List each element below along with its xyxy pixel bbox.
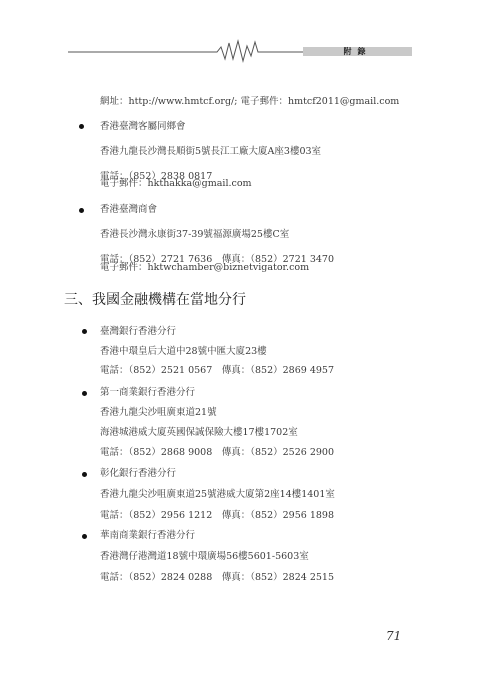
- bullet-icon: [79, 124, 84, 129]
- intro-website-email: 網址：http://www.hmtcf.org/; 電子郵件：hmtcf2011…: [100, 96, 399, 108]
- bank-name: 臺灣銀行香港分行: [100, 326, 176, 338]
- header-rule-zigzag-icon: [0, 0, 480, 80]
- bullet-icon: [82, 534, 87, 539]
- bank-address: 香港九龍尖沙咀廣東道25號港威大廈第2座14樓1401室: [100, 489, 335, 501]
- bank-name: 彰化銀行香港分行: [100, 468, 176, 480]
- bank-name: 第一商業銀行香港分行: [100, 387, 195, 399]
- page-header: 附錄: [0, 0, 480, 80]
- bank-contact: 電話：（852）2521 0567 傳真：（852）2869 4957: [100, 365, 334, 377]
- section-title: 三、我國金融機構在當地分行: [64, 291, 246, 309]
- org-email: 電子郵件：hktwchamber@biznetvigator.com: [100, 262, 309, 274]
- bullet-icon: [79, 208, 84, 213]
- bullet-icon: [82, 329, 87, 334]
- org-name: 香港臺灣商會: [100, 204, 157, 216]
- bank-contact: 電話：（852）2956 1212 傳真：（852）2956 1898: [100, 510, 334, 522]
- bullet-icon: [82, 391, 87, 396]
- bank-address: 香港灣仔港灣道18號中環廣場56樓5601-5603室: [100, 551, 309, 563]
- bullet-icon: [82, 472, 87, 477]
- bank-contact: 電話：（852）2868 9008 傳真：（852）2526 2900: [100, 447, 334, 459]
- org-address: 香港九龍長沙灣長順街5號長江工廠大廈A座3樓03室: [100, 146, 321, 158]
- page-number: 71: [386, 629, 401, 643]
- bank-contact: 電話：（852）2824 0288 傳真：（852）2824 2515: [100, 572, 334, 584]
- org-address: 香港長沙灣永康街37-39號福源廣場25樓C室: [100, 229, 289, 241]
- bank-name: 華南商業銀行香港分行: [100, 530, 195, 542]
- bank-address: 香港九龍尖沙咀廣東道21號: [100, 407, 217, 419]
- appendix-label: 附錄: [303, 47, 412, 56]
- org-email: 電子郵件：hkthakka@gmail.com: [100, 178, 252, 190]
- org-name: 香港臺灣客屬同鄉會: [100, 121, 186, 133]
- bank-address: 海港城港威大廈英國保誠保險大樓17樓1702室: [100, 427, 298, 439]
- bank-address: 香港中環皇后大道中28號中匯大廈23樓: [100, 346, 267, 358]
